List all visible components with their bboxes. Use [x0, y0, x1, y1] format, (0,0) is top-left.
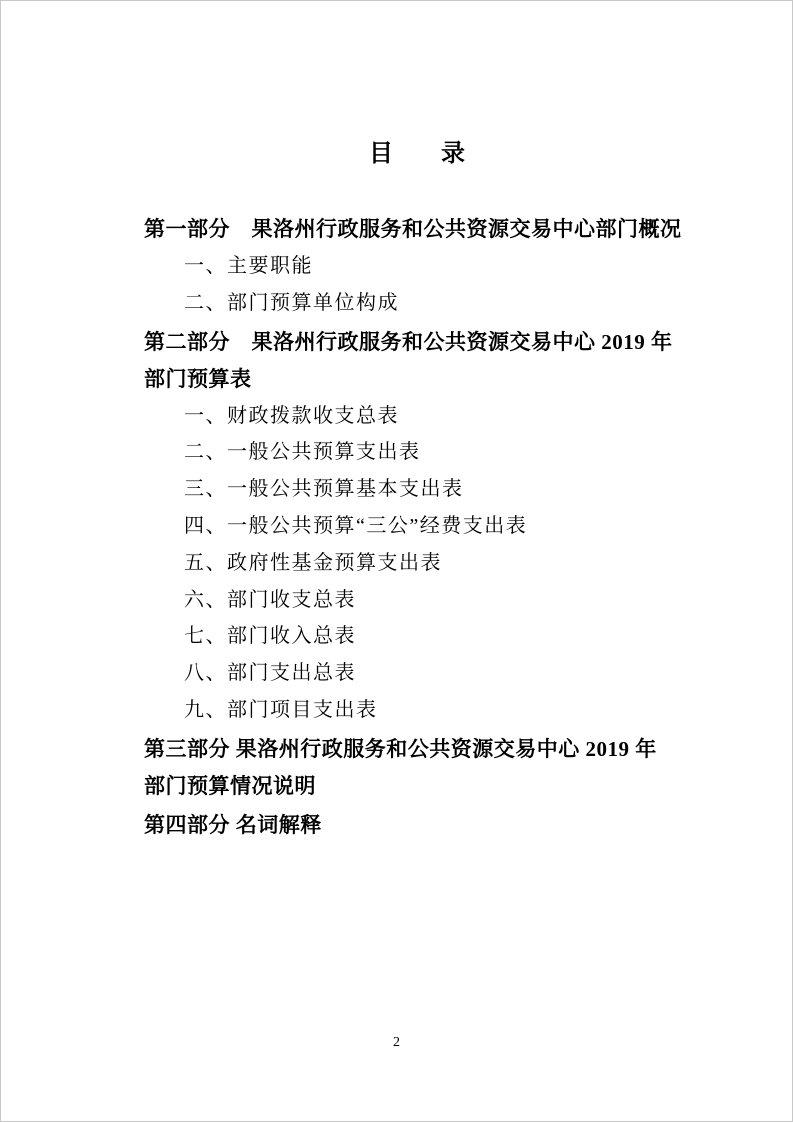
toc-item: 五、政府性基金预算支出表: [144, 545, 690, 582]
toc-section-3-heading: 第三部分 果洛州行政服务和公共资源交易中心 2019 年: [144, 731, 690, 768]
toc-item: 七、部门收入总表: [144, 618, 690, 655]
toc-item: 一、主要职能: [144, 248, 690, 285]
toc-item: 二、部门预算单位构成: [144, 285, 690, 322]
toc-item: 一、财政拨款收支总表: [144, 398, 690, 435]
toc-section-2: 第二部分 果洛州行政服务和公共资源交易中心 2019 年 部门预算表 一、财政拨…: [144, 324, 690, 729]
toc-section-2-heading: 第二部分 果洛州行政服务和公共资源交易中心 2019 年: [144, 324, 690, 361]
toc-item: 三、一般公共预算基本支出表: [144, 471, 690, 508]
toc-item: 二、一般公共预算支出表: [144, 434, 690, 471]
doc-title: 目 录: [144, 137, 690, 171]
toc-section-4-heading: 第四部分 名词解释: [144, 807, 690, 844]
page-footer: 2: [1, 1033, 792, 1053]
toc-section-2-heading-line-2: 部门预算表: [144, 361, 690, 398]
toc-item: 九、部门项目支出表: [144, 692, 690, 729]
page-number: 2: [393, 1035, 400, 1050]
toc-section-3: 第三部分 果洛州行政服务和公共资源交易中心 2019 年 部门预算情况说明: [144, 731, 690, 805]
toc-item: 六、部门收支总表: [144, 582, 690, 619]
document-page: 目 录 第一部分 果洛州行政服务和公共资源交易中心部门概况 一、主要职能 二、部…: [0, 0, 793, 1122]
toc-section-1-items: 一、主要职能 二、部门预算单位构成: [144, 248, 690, 322]
toc-item: 八、部门支出总表: [144, 655, 690, 692]
toc-section-1-heading: 第一部分 果洛州行政服务和公共资源交易中心部门概况: [144, 211, 690, 248]
toc-section-3-heading-line-2: 部门预算情况说明: [144, 768, 690, 805]
toc-item: 四、一般公共预算“三公”经费支出表: [144, 508, 690, 545]
toc-content: 目 录 第一部分 果洛州行政服务和公共资源交易中心部门概况 一、主要职能 二、部…: [144, 1, 690, 844]
toc-section-2-items: 一、财政拨款收支总表 二、一般公共预算支出表 三、一般公共预算基本支出表 四、一…: [144, 398, 690, 729]
toc-section-1: 第一部分 果洛州行政服务和公共资源交易中心部门概况 一、主要职能 二、部门预算单…: [144, 211, 690, 322]
toc-section-4: 第四部分 名词解释: [144, 807, 690, 844]
